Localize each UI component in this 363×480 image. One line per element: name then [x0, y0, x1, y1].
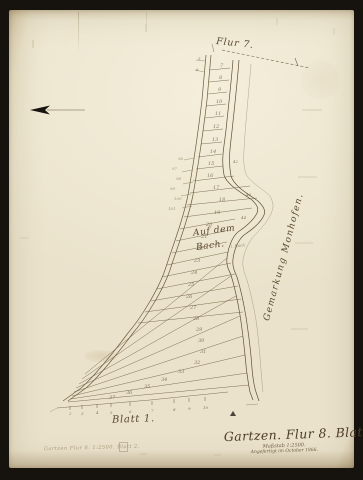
- parcel-number: 28: [193, 317, 199, 322]
- parcel-number: 10: [216, 100, 222, 105]
- parcel-number: 16: [207, 174, 213, 179]
- parcel-number: 36: [126, 391, 132, 396]
- parcel-number: 22: [197, 247, 203, 252]
- blatt1-label: Blatt 1.: [112, 413, 155, 425]
- parcel-number: 2: [69, 412, 72, 416]
- parcel-number: 6: [129, 410, 132, 414]
- parcel-number: 29: [196, 328, 202, 333]
- parcel-number: 27: [190, 306, 196, 311]
- parcel-number: 4: [96, 411, 99, 415]
- parcel-number: 21: [201, 235, 207, 240]
- parcel-number: 7: [220, 64, 223, 69]
- parcel-number: 15: [208, 162, 214, 167]
- parcel-number: 43: [246, 193, 251, 197]
- parcel-number: 3: [81, 412, 84, 416]
- parcel-number: 8: [219, 76, 222, 81]
- parcel-number: 8: [173, 408, 176, 412]
- parcel-number: 25: [188, 283, 194, 288]
- paper-stain: [84, 350, 118, 362]
- parcel-number: 26: [186, 295, 192, 300]
- parcel-number: 31: [200, 350, 206, 355]
- parcel-number: 10: [203, 406, 208, 410]
- parcel-number: 9: [188, 407, 191, 411]
- parcel-number: 11: [215, 112, 221, 117]
- scanned-map-sheet: Flur 7. Auf dem Bach. Gemarkung Monhofen…: [0, 0, 363, 480]
- parcel-number: 12: [213, 125, 219, 130]
- parcel-number: 44: [241, 216, 246, 220]
- title-block: Gartzen. Flur 8. Blatt 2. Maßstab 1:2500…: [224, 425, 345, 456]
- parcel-number: 6: [196, 68, 199, 72]
- parcel-number: 18: [219, 198, 225, 203]
- parcel-number: 37: [109, 396, 115, 401]
- parcel-number: 99: [170, 187, 175, 191]
- parcel-number: 100: [174, 197, 182, 201]
- parcel-number: 97: [172, 167, 177, 171]
- parcel-number: 14: [210, 150, 216, 155]
- parcel-number: 30: [198, 339, 204, 344]
- parcel-number: 42: [233, 160, 238, 164]
- parcel-number: 23: [194, 259, 200, 264]
- parcel-number: 33: [178, 370, 184, 375]
- parcel-number: 34: [161, 378, 167, 383]
- parcel-number: 9: [218, 88, 221, 93]
- parcel-number: 17: [213, 186, 219, 191]
- parcel-number: 7: [151, 409, 154, 413]
- parcel-number: 20: [206, 223, 212, 228]
- parcel-number: 19: [214, 211, 220, 216]
- parcel-number: 5: [110, 411, 113, 415]
- parcel-number: 35: [144, 385, 150, 390]
- parcel-number: 98: [176, 177, 181, 181]
- parcel-number: 5: [198, 57, 201, 61]
- pencil-stamp-box: [119, 442, 128, 452]
- parcel-number: 24: [191, 271, 197, 276]
- paper-stain: [300, 60, 340, 100]
- parcel-number: 13: [212, 138, 218, 143]
- parcel-number: 45: [220, 229, 225, 233]
- paper-crease: [146, 12, 147, 36]
- parcel-number: 96: [178, 157, 183, 161]
- paper-crease: [78, 12, 79, 56]
- parcel-number: 32: [194, 361, 200, 366]
- parcel-number: 101: [168, 207, 176, 211]
